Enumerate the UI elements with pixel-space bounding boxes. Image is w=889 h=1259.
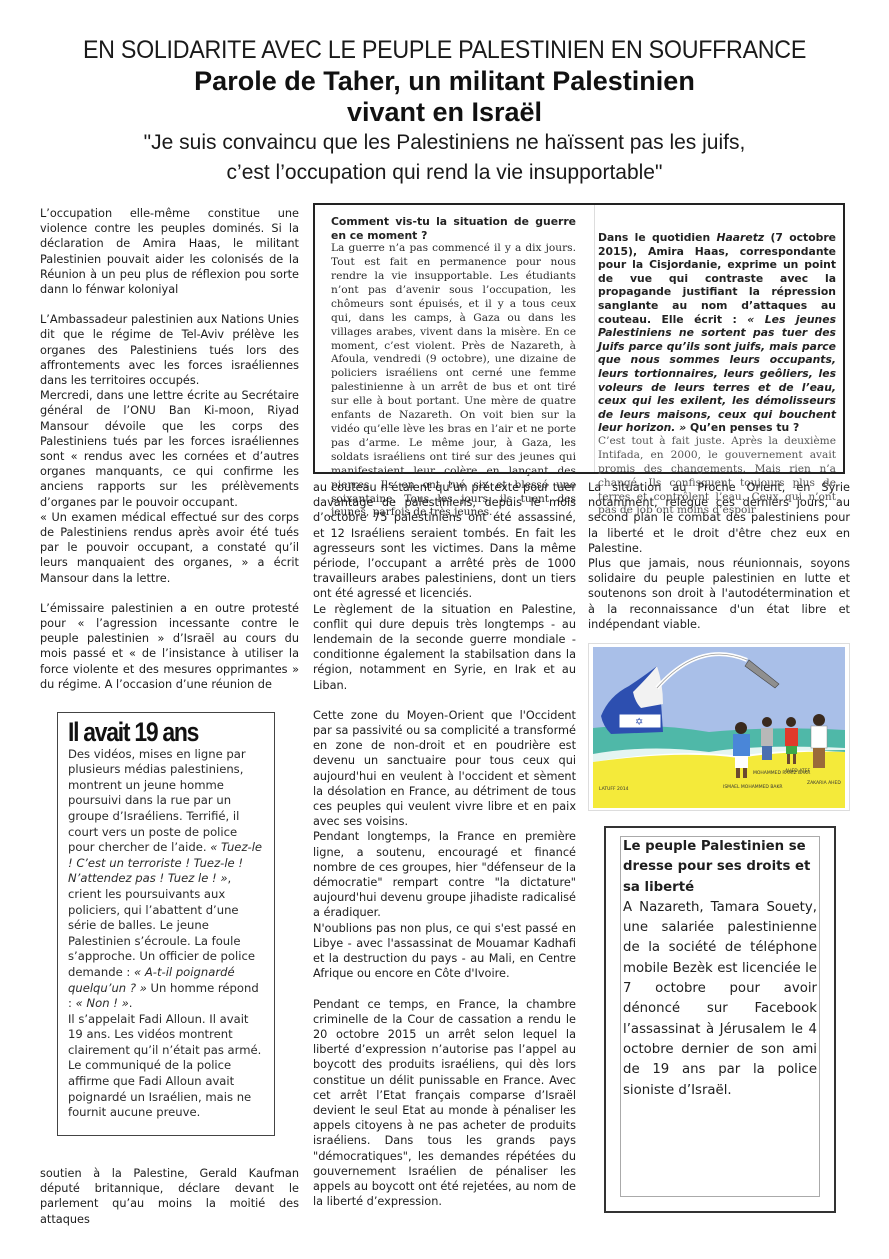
left-column-text: L’occupation elle-même constitue une vio…	[40, 206, 299, 692]
svg-text:ZAKARIA AHED: ZAKARIA AHED	[807, 780, 841, 786]
cartoon-illustration: ✡ ISMAEL MOHAMMED BAKR MOHAMMED RAMIZ BA…	[589, 644, 849, 810]
svg-text:AHED ATEF: AHED ATEF	[785, 768, 811, 774]
headline-line-1: Parole de Taher, un militant Palestinien	[0, 66, 889, 97]
paragraph: La situation au Proche Orient, en Syrie …	[588, 480, 850, 556]
interview-question-1: Comment vis-tu la situation de guerre en…	[331, 215, 576, 242]
paragraph: Pendant ce temps, en France, la chambre …	[313, 997, 576, 1210]
paragraph: Mercredi, dans une lettre écrite au Secr…	[40, 388, 299, 510]
paragraph: au couteau n’étaient qu’un prétexte pour…	[313, 480, 576, 602]
column-divider	[594, 205, 595, 472]
paragraph: Le règlement de la situation en Palestin…	[313, 602, 576, 693]
paragraph: Cette zone du Moyen-Orient que l'Occiden…	[313, 708, 576, 830]
interview-clipping: Comment vis-tu la situation de guerre en…	[313, 203, 845, 474]
haaretz-intro: Dans le quotidien Haaretz (7 octobre 201…	[598, 231, 836, 435]
news-clipping-19-ans: Il avait 19 ans Des vidéos, mises en lig…	[57, 712, 275, 1136]
right-column-text: La situation au Proche Orient, en Syrie …	[588, 480, 850, 632]
pull-quote-line-1: "Je suis convaincu que les Palestiniens …	[0, 128, 889, 158]
cartoon-image: ✡ ISMAEL MOHAMMED BAKR MOHAMMED RAMIZ BA…	[588, 643, 850, 811]
interview-left-column: Comment vis-tu la situation de guerre en…	[331, 215, 576, 520]
info-box-peuple-palestinien: Le peuple Palestinien se dresse pour ses…	[604, 826, 836, 1213]
paragraph: L’occupation elle-même constitue une vio…	[40, 206, 299, 297]
interview-answer-1: La guerre n’a pas commencé il y a dix jo…	[331, 242, 576, 520]
paragraph: Plus que jamais, nous réunionnais, soyon…	[588, 556, 850, 632]
article-headline: Parole de Taher, un militant Palestinien…	[0, 66, 889, 128]
interview-right-column: Dans le quotidien Haaretz (7 octobre 201…	[598, 231, 836, 518]
clipping-title: Il avait 19 ans	[68, 725, 236, 741]
info-box-body: A Nazareth, Tamara Souety, une salariée …	[623, 898, 817, 1101]
info-box-title: Le peuple Palestinien se dresse pour ses…	[623, 837, 817, 898]
pull-quote: "Je suis convaincu que les Palestiniens …	[0, 128, 889, 188]
left-column-continuation: soutien à la Palestine, Gerald Kaufman d…	[40, 1166, 299, 1227]
paragraph: « Un examen médical effectué sur des cor…	[40, 510, 299, 586]
svg-text:LATUFF 2014: LATUFF 2014	[599, 786, 629, 792]
middle-column-text: au couteau n’étaient qu’un prétexte pour…	[313, 480, 576, 1209]
svg-text:ISMAEL MOHAMMED BAKR: ISMAEL MOHAMMED BAKR	[723, 784, 783, 790]
clipping-body: Des vidéos, mises en ligne par plusieurs…	[68, 747, 266, 1121]
pull-quote-line-2: c’est l’occupation qui rend la vie insup…	[0, 158, 889, 188]
paragraph: L’Ambassadeur palestinien aux Nations Un…	[40, 312, 299, 388]
page-title: EN SOLIDARITE AVEC LE PEUPLE PALESTINIEN…	[31, 36, 858, 65]
svg-text:✡: ✡	[635, 717, 643, 728]
paragraph: Pendant longtemps, la France en première…	[313, 829, 576, 920]
headline-line-2: vivant en Israël	[0, 97, 889, 128]
paragraph: L’émissaire palestinien a en outre prote…	[40, 601, 299, 692]
info-box-inner: Le peuple Palestinien se dresse pour ses…	[620, 836, 820, 1197]
paragraph: soutien à la Palestine, Gerald Kaufman d…	[40, 1166, 299, 1227]
paragraph: N'oublions pas non plus, ce qui s'est pa…	[313, 921, 576, 982]
